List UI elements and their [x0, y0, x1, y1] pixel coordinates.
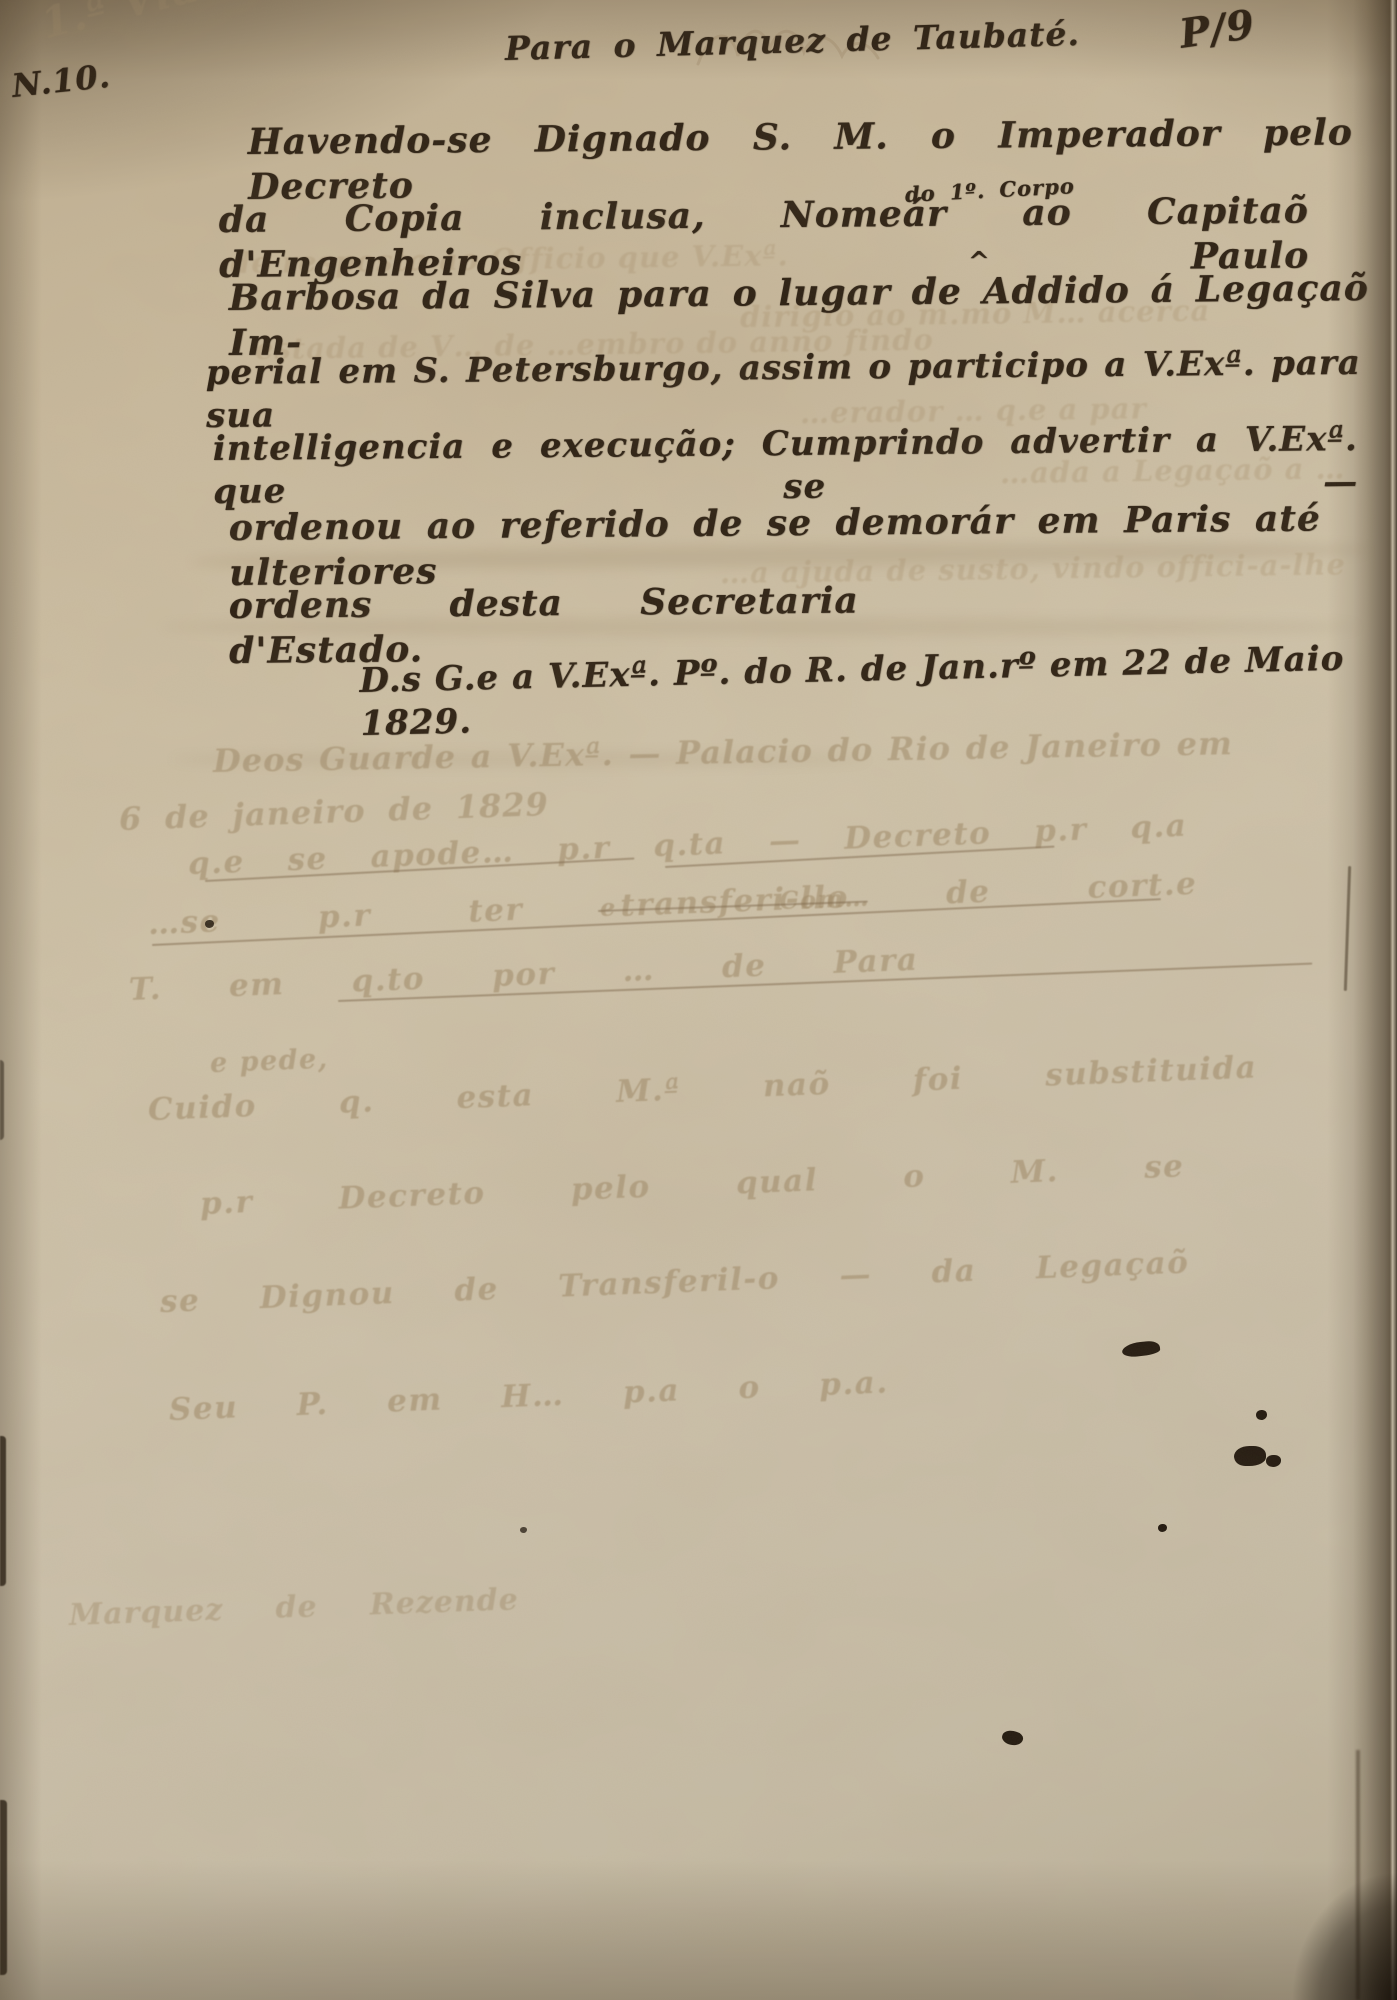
page-edge-mark	[0, 1436, 6, 1586]
ink-blot	[1158, 1524, 1167, 1532]
page-corner-shadow	[1287, 1850, 1397, 2000]
folio-mark: P/9	[1177, 0, 1293, 60]
pencil-note-line: p.r Decreto pelo qual o M. se	[199, 1148, 1185, 1222]
pencil-note-line: Seu P. em H… p.a o p.a.	[168, 1364, 889, 1428]
pencil-note-line: se Dignou de Transferil-o — da Legaçaõ	[159, 1244, 1190, 1320]
faded-date-line: 6 de janeiro de 1829	[118, 785, 549, 838]
letter-heading: Para o Marquez de Taubaté.	[504, 13, 1080, 69]
ink-blot	[1234, 1446, 1266, 1466]
ink-speck	[520, 1527, 527, 1533]
ink-blot	[1256, 1410, 1267, 1420]
page-edge-right	[1353, 0, 1397, 2000]
manuscript-page: de resposta ao Officio que V.Exª. dirigi…	[0, 0, 1397, 2000]
pencil-note-line: e pede,	[209, 1042, 360, 1079]
struck-draft-line: T. em q.to por … de Para	[128, 942, 919, 1008]
paper-crease	[1344, 866, 1351, 991]
ink-blot	[1001, 1729, 1024, 1747]
page-edge-mark	[0, 1800, 7, 1975]
ink-blot	[1266, 1455, 1281, 1467]
ink-blot	[1121, 1340, 1160, 1358]
page-edge-mark	[0, 1060, 4, 1140]
signature-ghost: Marquez de Rezende	[68, 1582, 519, 1633]
document-number: N.10.	[10, 55, 124, 106]
ghost-copy-mark: 1.ª Via	[36, 0, 320, 48]
